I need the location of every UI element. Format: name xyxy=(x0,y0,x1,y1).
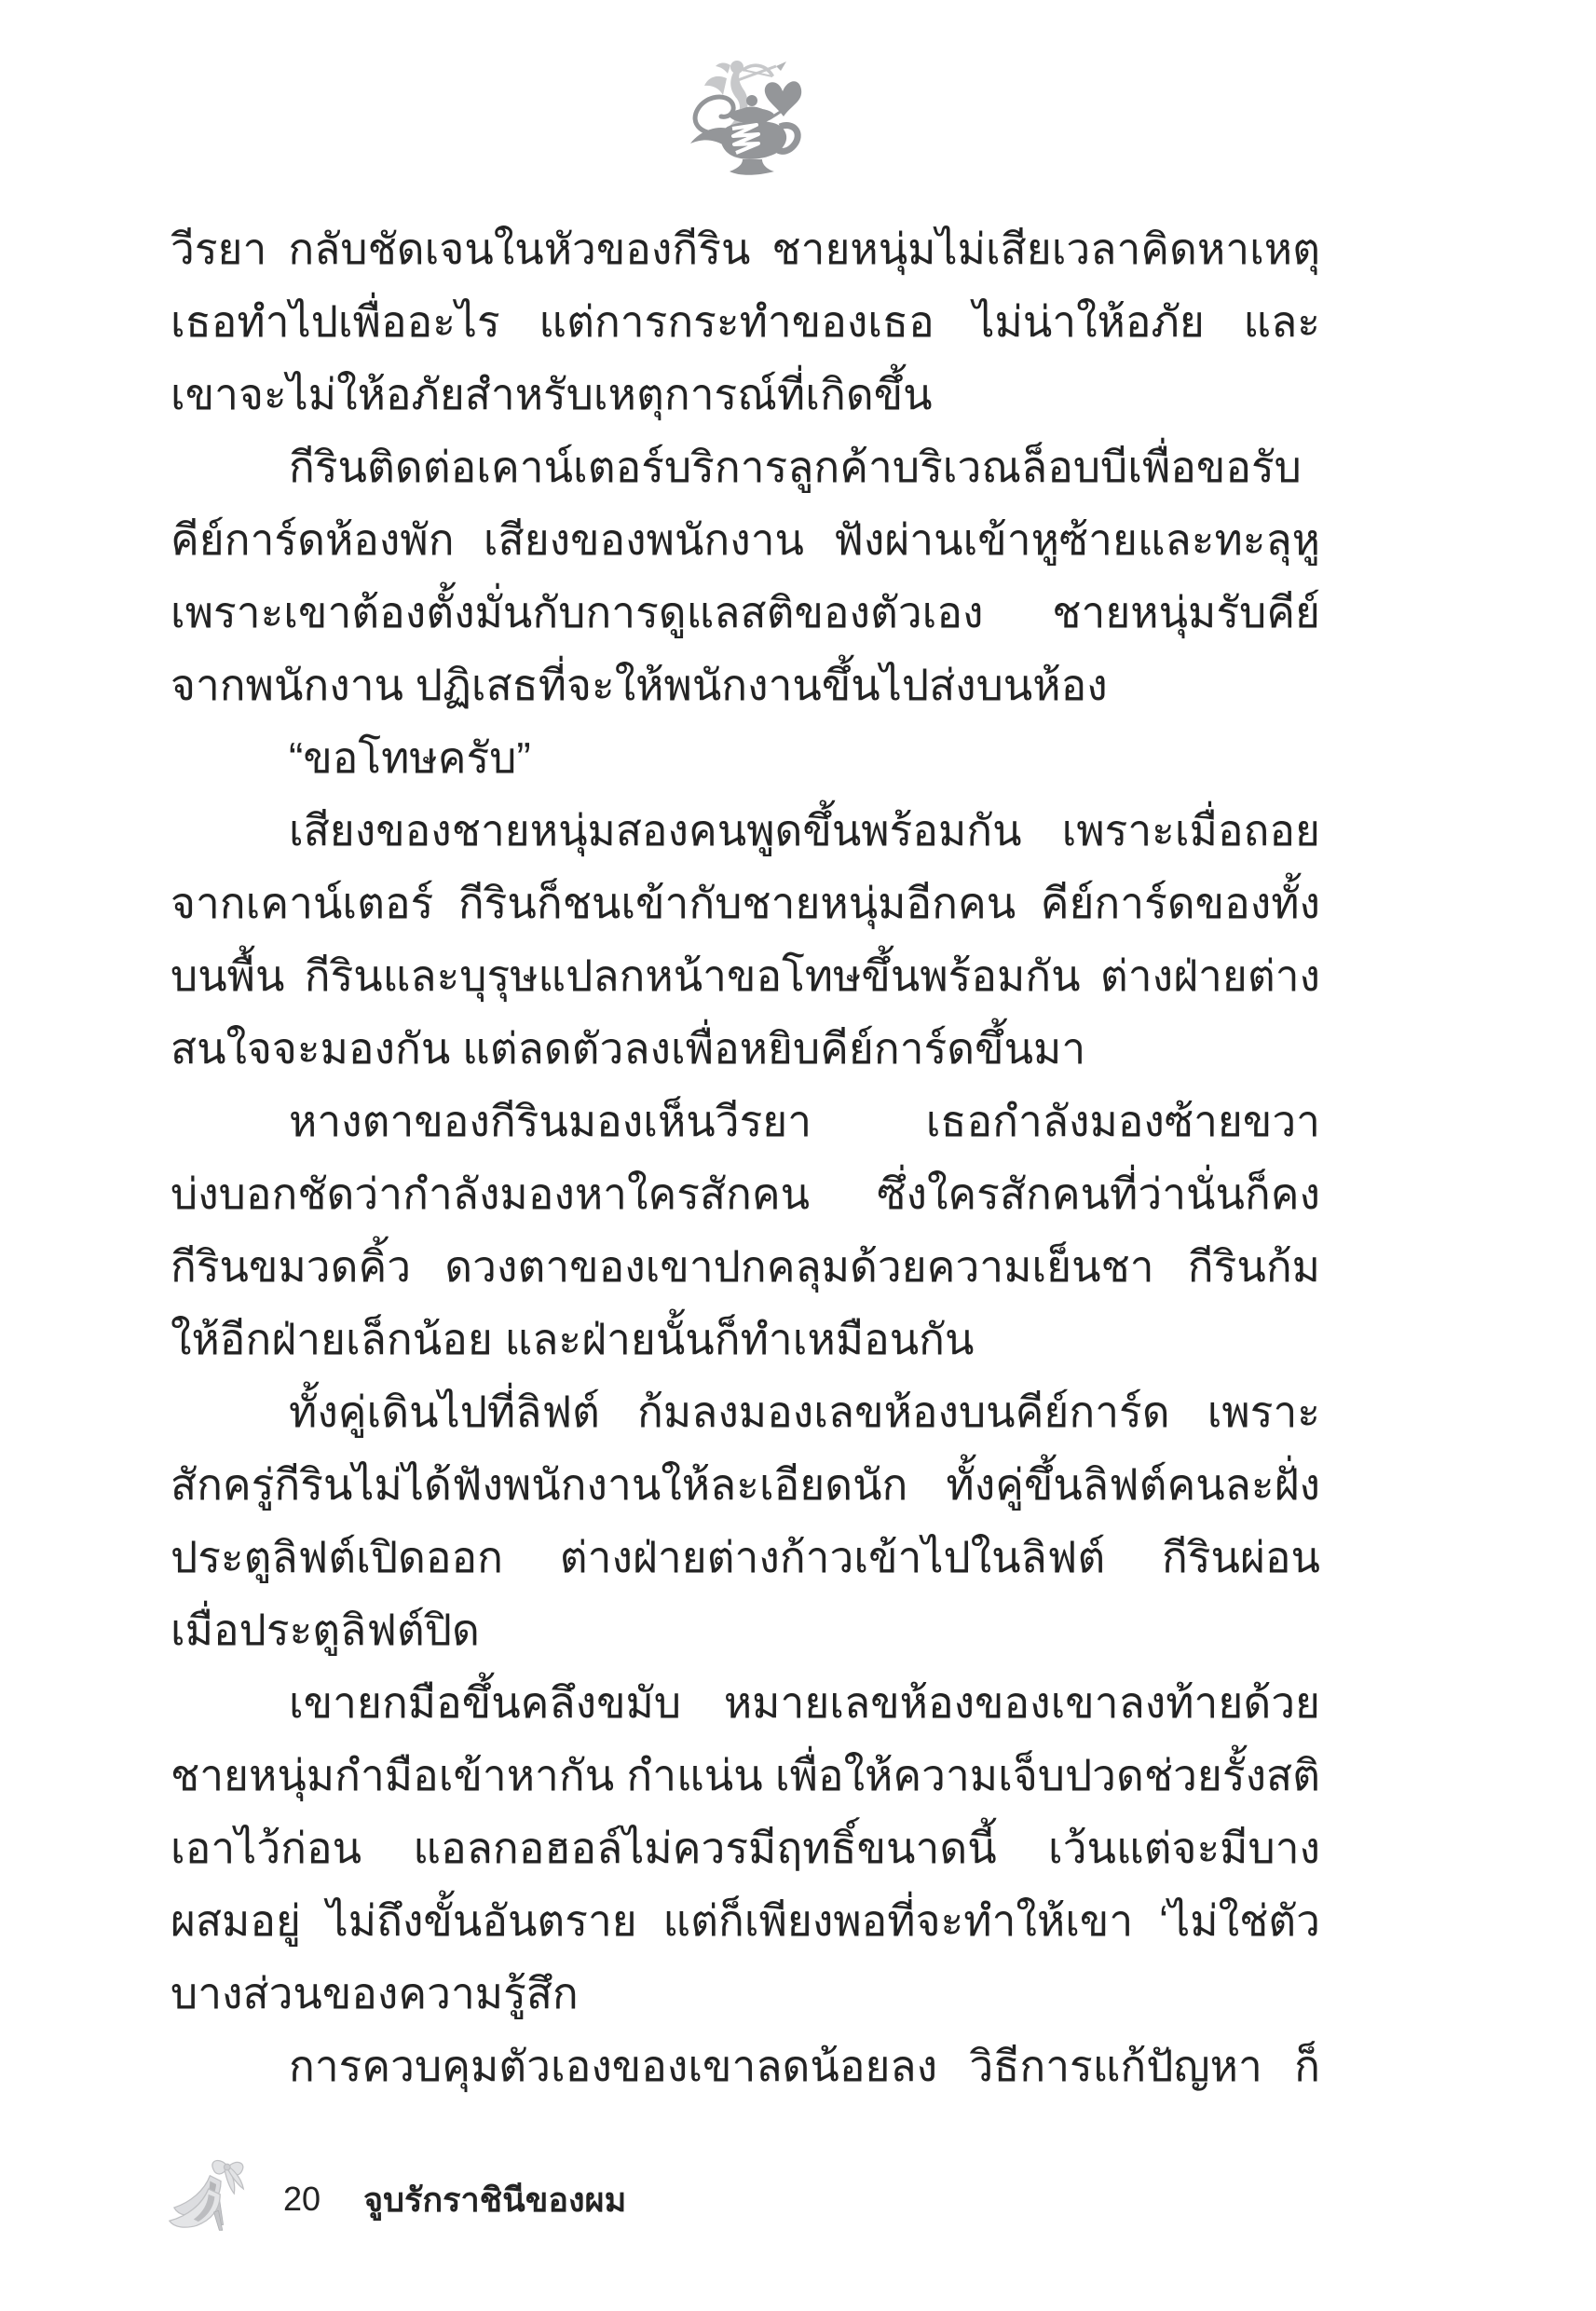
text-line: หางตาของกีรินมองเห็นวีรยา เธอกำลังมองซ้า… xyxy=(171,1085,1320,1157)
text-line: เธอทำไปเพื่ออะไร แต่การกระทำของเธอ ไม่น่… xyxy=(171,285,1320,358)
text-line: สักครู่กีรินไม่ได้ฟังพนักงานให้ละเอียดนั… xyxy=(171,1448,1320,1521)
page-number: 20 xyxy=(283,2180,321,2219)
book-page: วีรยา กลับชัดเจนในหัวของกีริน ชายหนุ่มไม… xyxy=(0,0,1596,2311)
text-line: กีรินขมวดคิ้ว ดวงตาของเขาปกคลุมด้วยความเ… xyxy=(171,1230,1320,1303)
text-line: เขาจะไม่ให้อภัยสำหรับเหตุการณ์ที่เกิดขึ้… xyxy=(171,358,1320,431)
text-line: วีรยา กลับชัดเจนในหัวของกีริน ชายหนุ่มไม… xyxy=(171,212,1320,285)
text-line: ทั้งคู่เดินไปที่ลิฟต์ ก้มลงมองเลขห้องบนค… xyxy=(171,1375,1320,1448)
text-line: บนพื้น กีรินและบุรุษแปลกหน้าขอโทษขึ้นพร้… xyxy=(171,939,1320,1012)
page-footer: 20 จูบรักราชินีของผม xyxy=(164,2151,626,2236)
text-line: บ่งบอกชัดว่ากำลังมองหาใครสักคน ซึ่งใครสั… xyxy=(171,1157,1320,1230)
genie-lamp-cupid-ornament-icon xyxy=(686,50,811,177)
text-line: คีย์การ์ดห้องพัก เสียงของพนักงาน ฟังผ่าน… xyxy=(171,503,1320,576)
book-title: จูบรักราชินีของผม xyxy=(363,2173,626,2226)
text-line: บางส่วนของความรู้สึก xyxy=(171,1957,1320,2030)
text-line: จากพนักงาน ปฏิเสธที่จะให้พนักงานขึ้นไปส่… xyxy=(171,649,1320,721)
text-line: เสียงของชายหนุ่มสองคนพูดขึ้นพร้อมกัน เพร… xyxy=(171,794,1320,867)
page-body: วีรยา กลับชัดเจนในหัวของกีริน ชายหนุ่มไม… xyxy=(171,212,1320,2102)
text-line: สนใจจะมองกัน แต่ลดตัวลงเพื่อหยิบคีย์การ์… xyxy=(171,1012,1320,1085)
text-line: เพราะเขาต้องตั้งมั่นกับการดูแลสติของตัวเ… xyxy=(171,576,1320,649)
text-line: เขายกมือขึ้นคลึงขมับ หมายเลขห้องของเขาลง… xyxy=(171,1666,1320,1739)
text-line: เอาไว้ก่อน แอลกอฮอล์ไม่ควรมีฤทธิ์ขนาดนี้… xyxy=(171,1812,1320,1884)
text-line: ประตูลิฟต์เปิดออก ต่างฝ่ายต่างก้าวเข้าไป… xyxy=(171,1521,1320,1593)
text-line: “ขอโทษครับ” xyxy=(171,721,1320,794)
text-line: กีรินติดต่อเคาน์เตอร์บริการลูกค้าบริเวณล… xyxy=(171,431,1320,503)
text-line: การควบคุมตัวเองของเขาลดน้อยลง วิธีการแก้… xyxy=(171,2030,1320,2102)
text-line: ผสมอยู่ ไม่ถึงขั้นอันตราย แต่ก็เพียงพอที… xyxy=(171,1884,1320,1957)
text-line: ชายหนุ่มกำมือเข้าหากัน กำแน่น เพื่อให้คว… xyxy=(171,1739,1320,1812)
text-line: ให้อีกฝ่ายเล็กน้อย และฝ่ายนั้นก็ทำเหมือน… xyxy=(171,1303,1320,1375)
text-line: เมื่อประตูลิฟต์ปิด xyxy=(171,1593,1320,1666)
high-heels-icon xyxy=(164,2151,250,2236)
text-line: จากเคาน์เตอร์ กีรินก็ชนเข้ากับชายหนุ่มอี… xyxy=(171,867,1320,939)
